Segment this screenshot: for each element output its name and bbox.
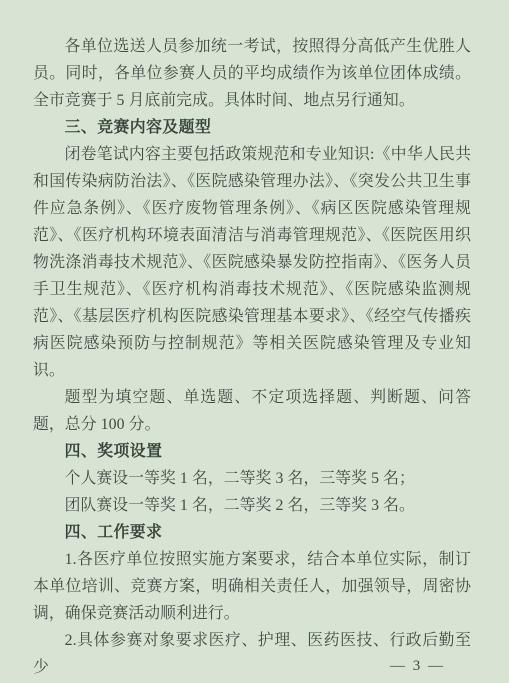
paragraph: 1.各医疗单位按照实施方案要求，结合本单位实际，制订本单位培训、竞赛方案，明确相…	[33, 546, 471, 627]
section-heading: 三、竞赛内容及题型	[33, 114, 471, 141]
paragraph: 题型为填空题、单选题、不定项选择题、判断题、问答题，总分 100 分。	[33, 384, 471, 438]
paragraph: 各单位选送人员参加统一考试，按照得分高低产生优胜人员。同时，各单位参赛人员的平均…	[33, 33, 471, 114]
document-body: 各单位选送人员参加统一考试，按照得分高低产生优胜人员。同时，各单位参赛人员的平均…	[33, 33, 471, 681]
section-heading: 四、奖项设置	[33, 438, 471, 465]
document-page: 各单位选送人员参加统一考试，按照得分高低产生优胜人员。同时，各单位参赛人员的平均…	[0, 0, 509, 683]
paragraph: 闭卷笔试内容主要包括政策规范和专业知识:《中华人民共和国传染病防治法》、《医院感…	[33, 141, 471, 384]
paragraph: 团队赛设一等奖 1 名，二等奖 2 名，三等奖 3 名。	[33, 492, 471, 519]
section-heading: 四、工作要求	[33, 519, 471, 546]
paragraph: 个人赛设一等奖 1 名，二等奖 3 名，三等奖 5 名；	[33, 465, 471, 492]
page-number: — 3 —	[390, 657, 445, 675]
